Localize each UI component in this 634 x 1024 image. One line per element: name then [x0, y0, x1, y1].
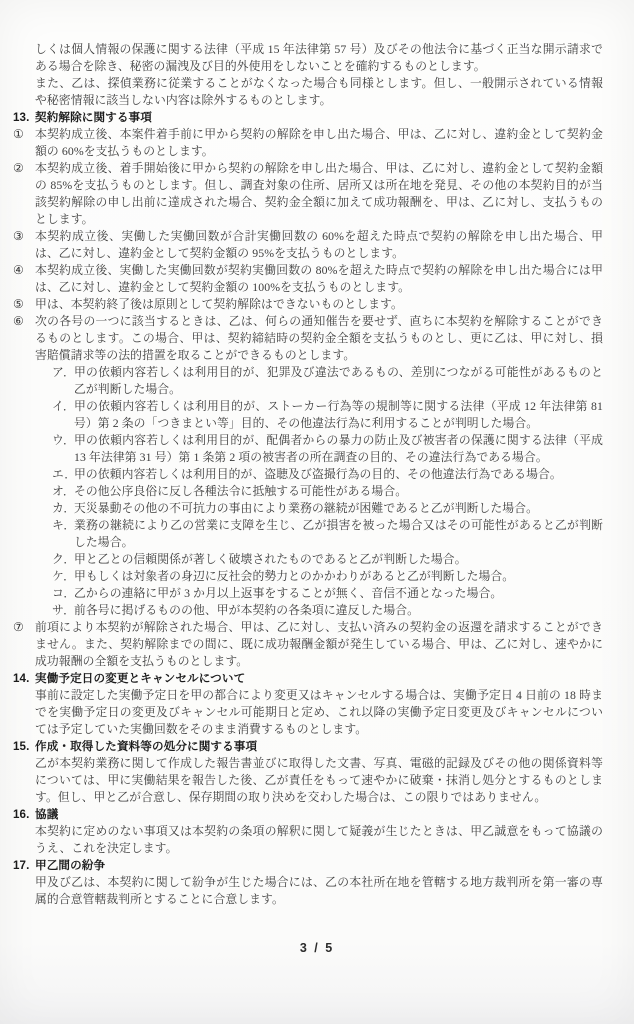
section-body: 本契約に定めのない事項又は本契約の条項の解釈に関して疑義が生じたときは、甲乙誠意… — [35, 823, 603, 857]
intro-paragraph: しくは個人情報の保護に関する法律（平成 15 年法律第 57 号）及びその他法令… — [35, 41, 603, 75]
section-number: 14. — [13, 670, 35, 687]
clause-marker: ③ — [13, 228, 35, 262]
kana-marker: ア． — [52, 364, 74, 398]
section-number: 16. — [13, 806, 35, 823]
kana-text: 甲もしくは対象者の身辺に反社会的勢力とのかかわりがあると乙が判断した場合。 — [74, 568, 603, 585]
kana-marker: キ． — [52, 517, 74, 551]
clause-text: 前項により本契約が解除された場合、甲は、乙に対し、支払い済みの契約金の返還を請求… — [35, 619, 603, 670]
kana-subitem: エ． 甲の依頼内容若しくは利用目的が、盗聴及び盗撮行為の目的、その他違法行為であ… — [52, 466, 603, 483]
kana-text: 天災暴動その他の不可抗力の事由により業務の継続が困難であると乙が判断した場合。 — [74, 500, 603, 517]
section-title: 契約解除に関する事項 — [35, 109, 603, 126]
section-title: 実働予定日の変更とキャンセルについて — [35, 670, 603, 687]
kana-subitem: カ． 天災暴動その他の不可抗力の事由により業務の継続が困難であると乙が判断した場… — [52, 500, 603, 517]
kana-text: 甲の依頼内容若しくは利用目的が、ストーカー行為等の規制等に関する法律（平成 12… — [74, 398, 603, 432]
section-number: 13. — [13, 109, 35, 126]
section-number: 15. — [13, 738, 35, 755]
kana-text: 甲と乙との信頼関係が著しく破壊されたものであると乙が判断した場合。 — [74, 551, 603, 568]
clause-marker: ⑥ — [13, 313, 35, 364]
kana-marker: ウ． — [52, 432, 74, 466]
kana-marker: オ． — [52, 483, 74, 500]
section-number: 17. — [13, 857, 35, 874]
kana-marker: ケ． — [52, 568, 74, 585]
contract-document-page: しくは個人情報の保護に関する法律（平成 15 年法律第 57 号）及びその他法令… — [0, 0, 634, 1024]
clause-text: 本契約成立後、実働した実働回数が合計実働回数の 60%を超えた時点で契約の解除を… — [35, 228, 603, 262]
kana-marker: カ． — [52, 500, 74, 517]
kana-text: 前各号に掲げるものの他、甲が本契約の各条項に違反した場合。 — [74, 602, 603, 619]
kana-text: 甲の依頼内容若しくは利用目的が、犯罪及び違法であるもの、差別につながる可能性があ… — [74, 364, 603, 398]
clause-text: 甲は、本契約終了後は原則として契約解除はできないものとします。 — [35, 296, 603, 313]
clause-item: ① 本契約成立後、本案件着手前に甲から契約の解除を申し出た場合、甲は、乙に対し、… — [13, 126, 603, 160]
kana-subitem: ケ． 甲もしくは対象者の身辺に反社会的勢力とのかかわりがあると乙が判断した場合。 — [52, 568, 603, 585]
kana-subitem: ウ． 甲の依頼内容若しくは利用目的が、配偶者からの暴力の防止及び被害者の保護に関… — [52, 432, 603, 466]
kana-marker: エ． — [52, 466, 74, 483]
clause-text: 本契約成立後、実働した実働回数が契約実働回数の 80%を超えた時点で契約の解除を… — [35, 262, 603, 296]
clause-item: ⑦ 前項により本契約が解除された場合、甲は、乙に対し、支払い済みの契約金の返還を… — [13, 619, 603, 670]
clause-item: ⑤ 甲は、本契約終了後は原則として契約解除はできないものとします。 — [13, 296, 603, 313]
kana-subitem: キ． 業務の継続により乙の営業に支障を生じ、乙が損害を被った場合又はその可能性が… — [52, 517, 603, 551]
kana-subitem: オ． その他公序良俗に反し各種法令に抵触する可能性がある場合。 — [52, 483, 603, 500]
document-content: しくは個人情報の保護に関する法律（平成 15 年法律第 57 号）及びその他法令… — [13, 41, 603, 908]
section-title: 協議 — [35, 806, 603, 823]
clause-item: ⑥ 次の各号の一つに該当するときは、乙は、何らの通知催告を要せず、直ちに本契約を… — [13, 313, 603, 364]
kana-text: 業務の継続により乙の営業に支障を生じ、乙が損害を被った場合又はその可能性があると… — [74, 517, 603, 551]
clause-marker: ⑦ — [13, 619, 35, 670]
kana-marker: コ． — [52, 585, 74, 602]
kana-text: その他公序良俗に反し各種法令に抵触する可能性がある場合。 — [74, 483, 603, 500]
clause-text: 本契約成立後、着手開始後に甲から契約の解除を申し出た場合、甲は、乙に対し、違約金… — [35, 160, 603, 228]
kana-subitem: サ． 前各号に掲げるものの他、甲が本契約の各条項に違反した場合。 — [52, 602, 603, 619]
kana-marker: サ． — [52, 602, 74, 619]
kana-marker: イ． — [52, 398, 74, 432]
kana-text: 甲の依頼内容若しくは利用目的が、配偶者からの暴力の防止及び被害者の保護に関する法… — [74, 432, 603, 466]
section-13-heading: 13. 契約解除に関する事項 — [13, 109, 603, 126]
clause-item: ② 本契約成立後、着手開始後に甲から契約の解除を申し出た場合、甲は、乙に対し、違… — [13, 160, 603, 228]
clause-marker: ① — [13, 126, 35, 160]
clause-text: 次の各号の一つに該当するときは、乙は、何らの通知催告を要せず、直ちに本契約を解除… — [35, 313, 603, 364]
section-title: 作成・取得した資料等の処分に関する事項 — [35, 738, 603, 755]
kana-subitem: ア． 甲の依頼内容若しくは利用目的が、犯罪及び違法であるもの、差別につながる可能… — [52, 364, 603, 398]
clause-marker: ④ — [13, 262, 35, 296]
kana-marker: ク． — [52, 551, 74, 568]
section-title: 甲乙間の紛争 — [35, 857, 603, 874]
section-14-heading: 14. 実働予定日の変更とキャンセルについて — [13, 670, 603, 687]
kana-subitem: イ． 甲の依頼内容若しくは利用目的が、ストーカー行為等の規制等に関する法律（平成… — [52, 398, 603, 432]
kana-text: 乙からの連絡に甲が 3 か月以上返事をすることが無く、音信不通となった場合。 — [74, 585, 603, 602]
section-body: 乙が本契約業務に関して作成した報告書並びに取得した文書、写真、電磁的記録及びその… — [35, 755, 603, 806]
intro-paragraph: また、乙は、探偵業務に従業することがなくなった場合も同様とします。但し、一般開示… — [35, 75, 603, 109]
section-body: 事前に設定した実働予定日を甲の都合により変更又はキャンセルする場合は、実働予定日… — [35, 687, 603, 738]
page-number-indicator: 3 / 5 — [0, 941, 634, 955]
clause-marker: ⑤ — [13, 296, 35, 313]
kana-subitem: コ． 乙からの連絡に甲が 3 か月以上返事をすることが無く、音信不通となった場合… — [52, 585, 603, 602]
clause-item: ③ 本契約成立後、実働した実働回数が合計実働回数の 60%を超えた時点で契約の解… — [13, 228, 603, 262]
clause-item: ④ 本契約成立後、実働した実働回数が契約実働回数の 80%を超えた時点で契約の解… — [13, 262, 603, 296]
kana-subitem: ク． 甲と乙との信頼関係が著しく破壊されたものであると乙が判断した場合。 — [52, 551, 603, 568]
section-body: 甲及び乙は、本契約に関して紛争が生じた場合には、乙の本社所在地を管轄する地方裁判… — [35, 874, 603, 908]
clause-text: 本契約成立後、本案件着手前に甲から契約の解除を申し出た場合、甲は、乙に対し、違約… — [35, 126, 603, 160]
clause-marker: ② — [13, 160, 35, 228]
kana-text: 甲の依頼内容若しくは利用目的が、盗聴及び盗撮行為の目的、その他違法行為である場合… — [74, 466, 603, 483]
section-15-heading: 15. 作成・取得した資料等の処分に関する事項 — [13, 738, 603, 755]
section-17-heading: 17. 甲乙間の紛争 — [13, 857, 603, 874]
section-16-heading: 16. 協議 — [13, 806, 603, 823]
